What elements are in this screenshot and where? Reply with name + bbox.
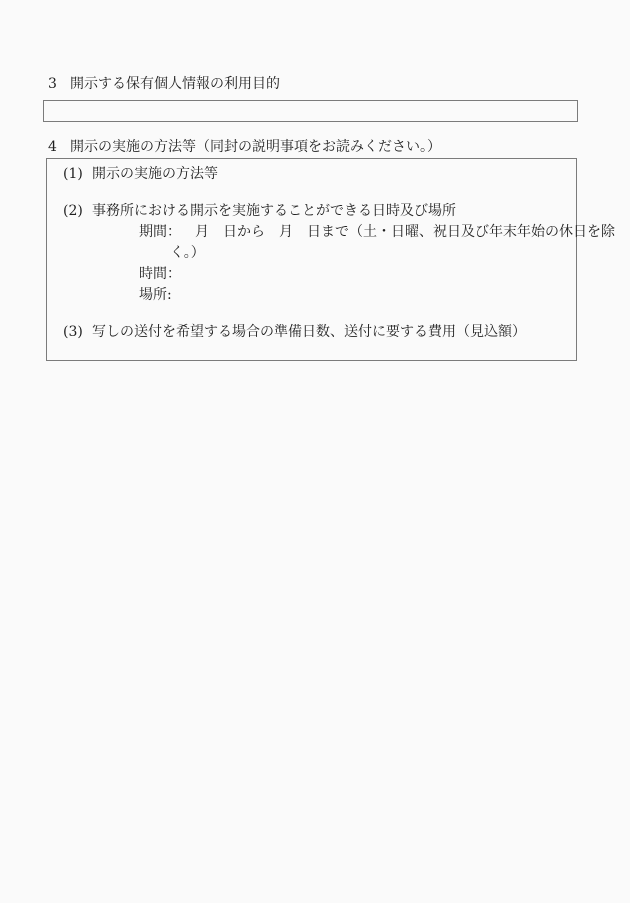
item-2-text: 事務所における開示を実施することができる日時及び場所 <box>92 203 456 219</box>
section3-number: 3 <box>48 74 70 95</box>
section4-number: 4 <box>48 137 70 158</box>
section3-title: 開示する保有個人情報の利用目的 <box>70 76 280 92</box>
place-line: 場所: <box>47 285 576 306</box>
time-label: 時間： <box>139 264 195 285</box>
period-value: 月 日から 月 日まで（土・日曜、祝日及び年末年始の休日を除 <box>195 224 615 240</box>
document-page: 3開示する保有個人情報の利用目的 4開示の実施の方法等（同封の説明事項をお読みく… <box>0 0 630 903</box>
period-line: 期間：月 日から 月 日まで（土・日曜、祝日及び年末年始の休日を除 <box>47 222 576 243</box>
item-3-line: (3)写しの送付を希望する場合の準備日数、送付に要する費用（見込額） <box>47 322 576 343</box>
item-1-line: (1)開示の実施の方法等 <box>47 164 576 185</box>
item-3-text: 写しの送付を希望する場合の準備日数、送付に要する費用（見込額） <box>92 324 526 340</box>
item-1-label: (1) <box>63 164 92 185</box>
spacer <box>47 185 576 201</box>
section3-answer-box <box>43 100 578 122</box>
section4-answer-box: (1)開示の実施の方法等 (2)事務所における開示を実施することができる日時及び… <box>46 158 577 361</box>
item-1-text: 開示の実施の方法等 <box>92 166 218 182</box>
section3-heading: 3開示する保有個人情報の利用目的 <box>48 74 280 95</box>
period-wrap-line: く。） <box>47 243 576 264</box>
time-line: 時間： <box>47 264 576 285</box>
item-3-label: (3) <box>63 322 92 343</box>
section4-heading: 4開示の実施の方法等（同封の説明事項をお読みください。） <box>48 137 441 158</box>
spacer <box>47 306 576 322</box>
section4-title: 開示の実施の方法等（同封の説明事項をお読みください。） <box>70 139 441 155</box>
item-2-line: (2)事務所における開示を実施することができる日時及び場所 <box>47 201 576 222</box>
period-value-wrap: く。） <box>170 245 205 261</box>
period-label: 期間： <box>139 222 195 243</box>
place-label: 場所: <box>139 285 195 306</box>
item-2-label: (2) <box>63 201 92 222</box>
